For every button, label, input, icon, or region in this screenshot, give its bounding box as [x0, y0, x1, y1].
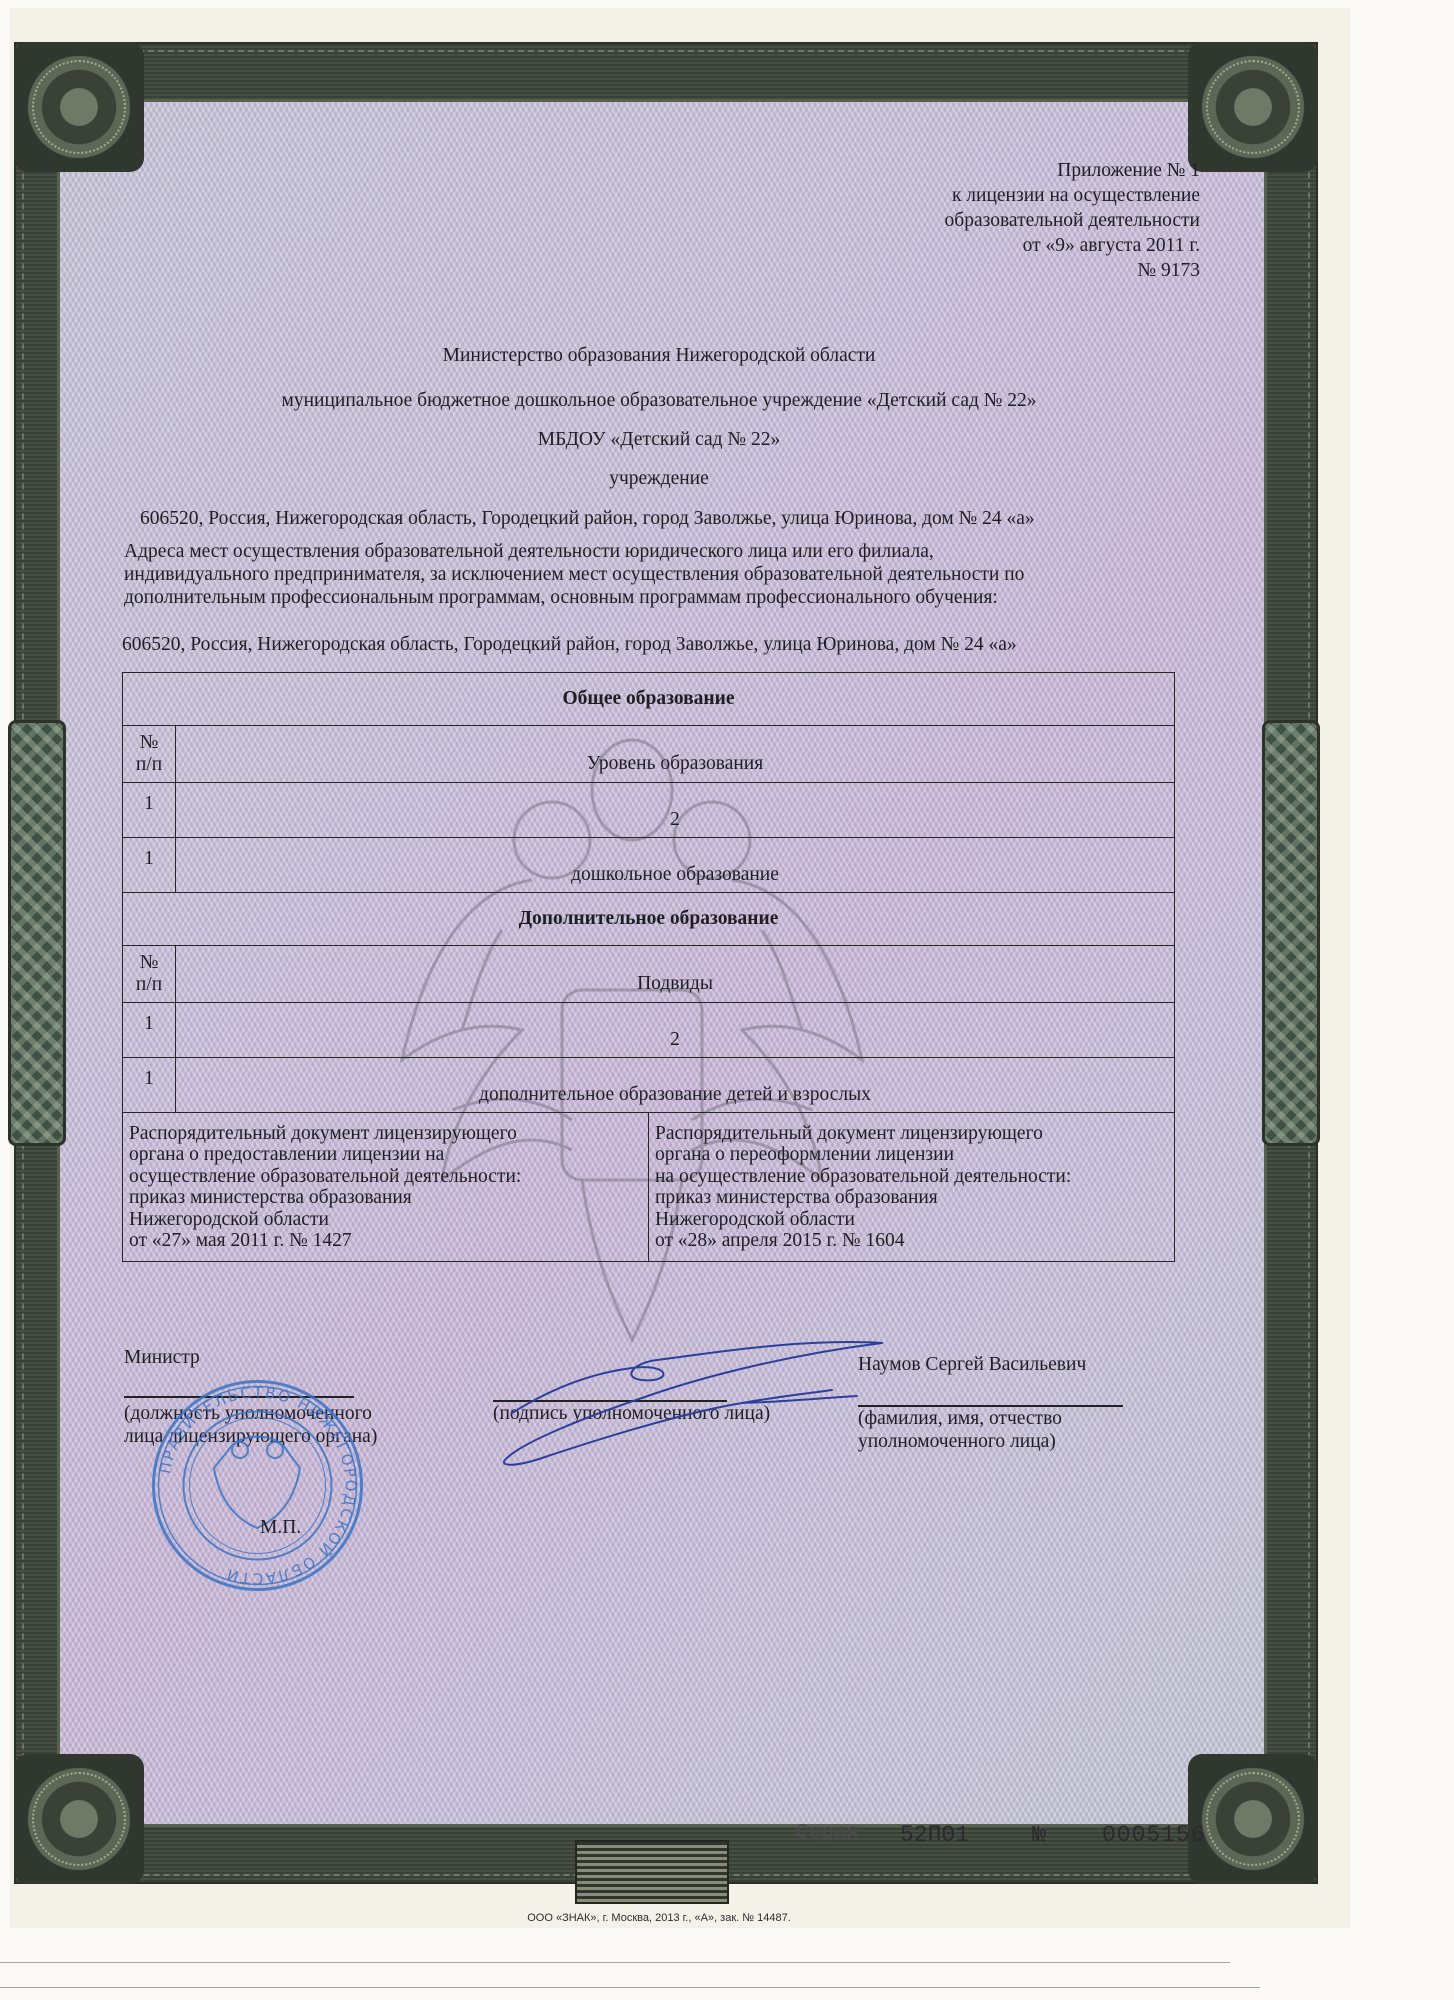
- places-intro-line: Адреса мест осуществления образовательно…: [124, 540, 1194, 563]
- places-intro-line: индивидуального предпринимателя, за искл…: [124, 563, 1194, 586]
- reissue-document: Распорядительный документ лицензирующего…: [649, 1113, 1175, 1261]
- row-number: 1: [123, 838, 176, 893]
- organization-full-name: муниципальное бюджетное дошкольное образ…: [0, 390, 1318, 412]
- printer-imprint: ООО «ЗНАК», г. Москва, 2013 г., «А», зак…: [0, 1912, 1318, 1924]
- row-value: дошкольное образование: [176, 838, 1175, 893]
- column-subtype-header: Подвиды: [176, 946, 1175, 1003]
- organization-type: учреждение: [0, 468, 1318, 490]
- column-number-header: № п/п: [123, 946, 176, 1003]
- annex-title: Приложение № 1: [945, 158, 1200, 183]
- grant-document: Распорядительный документ лицензирующего…: [123, 1113, 649, 1261]
- row-number: 1: [123, 1003, 176, 1058]
- paper-edge: [0, 1987, 1260, 1988]
- section-title: Дополнительное образование: [123, 893, 1175, 946]
- table-row: 1 2: [123, 1003, 1175, 1058]
- organization-short-name: МБДОУ «Детский сад № 22»: [0, 429, 1318, 451]
- section-header-additional: Дополнительное образование: [123, 893, 1175, 946]
- official-name: Наумов Сергей Васильевич: [858, 1353, 1086, 1376]
- row-value: 2: [176, 1003, 1175, 1058]
- handwritten-signature-icon: [482, 1318, 892, 1468]
- column-number-header: № п/п: [123, 726, 176, 783]
- serial-number: 0005156: [1102, 1822, 1206, 1848]
- row-number: 1: [123, 783, 176, 838]
- number-label: №: [1032, 1822, 1046, 1848]
- ministry-name: Министерство образования Нижегородской о…: [0, 345, 1318, 367]
- official-position: Министр: [124, 1346, 200, 1369]
- table-row: 1 дошкольное образование: [123, 838, 1175, 893]
- table-row: 1 2: [123, 783, 1175, 838]
- column-header-row: № п/п Подвиды: [123, 946, 1175, 1003]
- column-header-row: № п/п Уровень образования: [123, 726, 1175, 783]
- places-description: Адреса мест осуществления образовательно…: [124, 540, 1194, 609]
- stamp-place-mark: М.П.: [260, 1517, 301, 1539]
- places-intro-line: дополнительным профессиональным программ…: [124, 586, 1194, 609]
- annex-date: от «9» августа 2011 г.: [945, 233, 1200, 258]
- section-title: Общее образование: [123, 673, 1175, 726]
- column-level-header: Уровень образования: [176, 726, 1175, 783]
- section-header-general: Общее образование: [123, 673, 1175, 726]
- legal-address: 606520, Россия, Нижегородская область, Г…: [140, 508, 1035, 530]
- annex-number: № 9173: [945, 258, 1200, 283]
- annex-line: к лицензии на осуществление: [945, 183, 1200, 208]
- row-number: 1: [123, 1058, 176, 1113]
- table-row: 1 дополнительное образование детей и взр…: [123, 1058, 1175, 1113]
- row-value: дополнительное образование детей и взрос…: [176, 1058, 1175, 1113]
- row-value: 2: [176, 783, 1175, 838]
- series-value: 52П01: [900, 1822, 969, 1848]
- series-label: Серия: [796, 1822, 859, 1845]
- official-stamp-icon: ПРАВИТЕЛЬСТВО НИЖЕГОРОДСКОЙ ОБЛАСТИ: [150, 1378, 365, 1593]
- annex-line: образовательной деятельности: [945, 208, 1200, 233]
- paper-edge: [0, 1962, 1230, 1963]
- activity-address: 606520, Россия, Нижегородская область, Г…: [122, 634, 1017, 656]
- svg-text:ПРАВИТЕЛЬСТВО НИЖЕГОРОДСКОЙ ОБ: ПРАВИТЕЛЬСТВО НИЖЕГОРОДСКОЙ ОБЛАСТИ: [156, 1383, 359, 1587]
- documents-row: Распорядительный документ лицензирующего…: [123, 1113, 1175, 1262]
- annex-reference: Приложение № 1 к лицензии на осуществлен…: [945, 158, 1200, 283]
- license-table: Общее образование № п/п Уровень образова…: [122, 672, 1175, 1262]
